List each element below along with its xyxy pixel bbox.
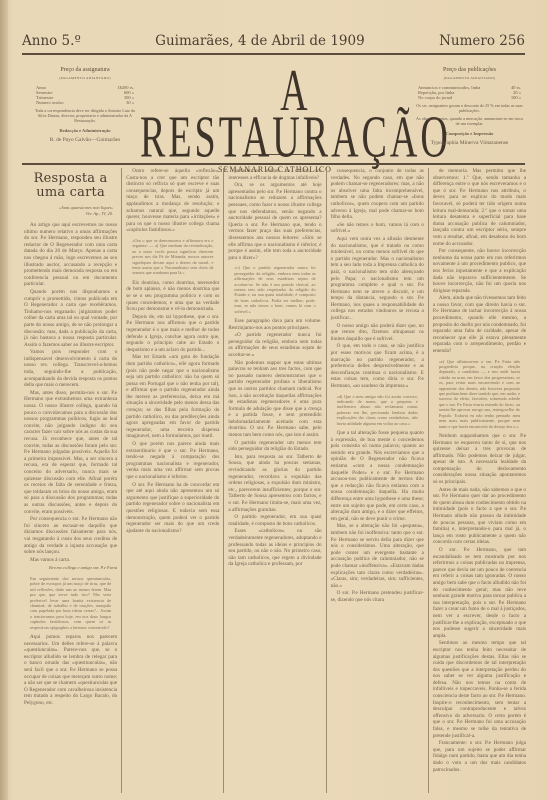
paragraph: Por consequente, não houve incorrecção n… <box>433 248 526 294</box>
paragraph: O que, em todo o caso, se não justifica … <box>331 343 424 389</box>
printing-label: Composição e Impressão <box>412 131 527 138</box>
issue-number: Numero 256 <box>439 33 525 49</box>
paragraph: O partido regenerador um menos tem sido … <box>228 440 321 453</box>
year-label: Anno 5.º <box>22 33 81 49</box>
subscription-box: Preço da assignatura (PAGAMENTO ADIANTAD… <box>30 66 140 144</box>
correspondence-note: Toda a correspondencia deve ser dirigida… <box>30 108 140 123</box>
price-label: No corpo do jornal <box>418 95 452 100</box>
paragraph: de memoria. Mas permitta que lhe observe… <box>433 168 526 247</box>
paragraph: preferencias tenham no dizimo dos intere… <box>228 168 321 181</box>
publications-box: Preço das publicações (PAGAMENTO ADIANTA… <box>412 66 527 147</box>
column-5: de memoria. Mas permitta que lhe observe… <box>429 168 530 793</box>
price-row: No corpo do jornal100 » <box>412 95 527 100</box>
paragraph: Ora, se os argumentos até hoje apresenta… <box>228 182 321 261</box>
office-label: Redacção e Administração <box>30 128 140 135</box>
publications-title: Preço das publicações <box>412 66 527 75</box>
quoted-letter: «e) Que affirmou-me o snr. P.e Faria não… <box>433 359 526 429</box>
paragraph: O snr. P.e Hermano ha de concordar em qu… <box>126 482 219 535</box>
quoted-letter: «d) Que o meu amigo não foi assim correc… <box>331 394 424 426</box>
paragraph: Francamente: o snr. P.e Hermano julga qu… <box>433 740 526 773</box>
paragraph: Ao artigo que aqui escrevemos no nosso u… <box>24 222 117 288</box>
price-value: 30 » <box>126 100 134 105</box>
paragraph: O que porém nos parece ainda mais extrao… <box>126 441 219 481</box>
paragraph: Isto, para resposta ao snr. Talberto de … <box>228 454 321 513</box>
column-3: preferencias tenham no dizimo dos intere… <box>224 168 326 793</box>
paragraph: Eis doutrina, como doutrina, merecedor d… <box>126 280 219 313</box>
paragraph: Não podemos suppor que estas ultimas pal… <box>228 360 321 439</box>
page-spine <box>0 0 8 800</box>
paragraph: Quando porém nos dispunhamos a cumprir o… <box>24 289 117 348</box>
paragraph: Que a tal alteração fosse pequena quanto… <box>331 430 424 522</box>
paragraph: O nosso amigo não poderá dizer que, no q… <box>331 323 424 343</box>
paragraph: Outro refere-se áquella «reflexão». Cust… <box>126 168 219 234</box>
paragraph: Nenhum supponhamos que o snr. P.e Herman… <box>433 433 526 486</box>
column-4: consequencia, o conjunto de todas as ver… <box>327 168 429 793</box>
newspaper-title: A RESTAURAÇÃO <box>140 68 451 161</box>
epigraph-reference: Ver. Ap., IV, 20. <box>24 211 113 217</box>
price-row: Numero avulso30 » <box>30 100 140 105</box>
paragraph: Aqui vem outra vez a allusão desmente do… <box>331 236 424 322</box>
paragraph: Antes de mais nada, não sabemos o que o … <box>433 487 526 546</box>
epigraph: «Sunt quaestiones non liquet» Ver. Ap., … <box>24 205 117 217</box>
quoted-letter: «c) Que o partido regenerador nunca foi … <box>228 265 321 314</box>
paragraph: Sentimos ao mesmo tempo que tal escripto… <box>433 640 526 739</box>
paragraph: Mas, se a alteração não foi «pequena», t… <box>331 523 424 589</box>
printer-name: Typographia Minerva Vimaranense <box>412 140 527 147</box>
masthead-bottom-rule <box>22 163 525 165</box>
discount-note: Os srs. assignantes gosam o desconto de … <box>412 103 527 113</box>
header-bar: Anno 5.º Guimarães, 4 de Abril de 1909 N… <box>22 33 525 53</box>
paragraph: consequencia, o conjunto de todas as ver… <box>331 168 424 221</box>
publications-subtitle: (PAGAMENTO ADIANTADO) <box>412 75 527 82</box>
paragraph: Por consequencia o snr. P.e Hermano não … <box>24 516 117 556</box>
paragraph: Mas vamos á carta. <box>24 557 117 564</box>
paragraph: O snr. P.e Hermano pretendeu justificar-… <box>331 590 424 603</box>
paragraph: O partido regenerador, em sua quasi tota… <box>228 514 321 527</box>
letter-salutation: Rev.mo collega e amigo snr. P.e Faria <box>24 565 117 572</box>
paragraph: Mas, antes disso, permita-nos o snr. P.e… <box>24 390 117 515</box>
paragraph: Esses «catholicos» ou são verdadeirament… <box>228 528 321 568</box>
newspaper-page: Anno 5.º Guimarães, 4 de Abril de 1909 N… <box>0 0 547 800</box>
column-1: Resposta a uma carta «Sunt quaestiones n… <box>20 168 122 793</box>
quoted-letter: «Ora o que se demonstrava e affirmava er… <box>126 238 219 276</box>
column-2: Outro refere-se áquella «reflexão». Cust… <box>122 168 224 793</box>
price-value: 100 » <box>511 95 521 100</box>
masthead: A RESTAURAÇÃO SEMANARIO CATHOLICO <box>140 68 410 174</box>
article-title: Resposta a uma carta <box>24 172 117 200</box>
paragraph: Mas ter Estado «um gota de fundação dum … <box>126 354 219 440</box>
paragraph: Aqui pomos reparos nos parecem necessari… <box>24 634 117 707</box>
subscription-subtitle: (PAGAMENTO ADIANTADO) <box>30 75 140 82</box>
paragraph: Alem, ainda que não tivessemos tam feito… <box>433 295 526 354</box>
paragraph: Depois de, em tal hypothese, que o snr. … <box>126 314 219 354</box>
office-address: R. de Payo Galvão—Guimarães <box>30 137 140 144</box>
paragraph: «Se não temos o bom, vamos lá com o sofr… <box>331 222 424 235</box>
article-columns: Resposta a uma carta «Sunt quaestiones n… <box>20 168 530 793</box>
header-rule <box>22 53 525 55</box>
price-label: Numero avulso <box>36 100 64 105</box>
subscription-title: Preço da assignatura <box>30 66 140 75</box>
paragraph: Vamos pois responder com o indispensavel… <box>24 349 117 389</box>
paragraph: Esse paragrapho dava para um volume. Res… <box>228 318 321 331</box>
paragraph: O snr. P.e Hermano, que tam escandalisad… <box>433 547 526 639</box>
dateline: Guimarães, 4 de Abril de 1909 <box>155 33 365 49</box>
paragraph: «O partido regenerador nunca foi persegu… <box>228 332 321 358</box>
literary-note: As obras litterarias, quando a mercação,… <box>412 116 527 126</box>
quoted-letter: Em seguimento dos nossos questiunculas, … <box>24 576 117 630</box>
